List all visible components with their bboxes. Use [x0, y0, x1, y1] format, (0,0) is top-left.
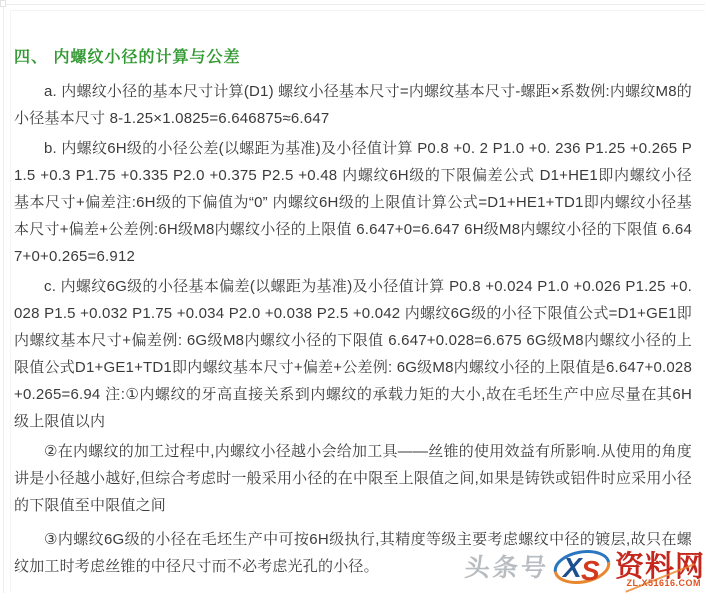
watermark-site-url: ZL.X51616.COM — [626, 578, 701, 588]
article-body: 四、 内螺纹小径的计算与公差 a. 内螺纹小径的基本尺寸计算(D1) 螺纹小径基… — [14, 44, 692, 580]
paragraph-c: c. 内螺纹6G级的小径基本偏差(以螺距为基准)及小径值计算 P0.8 +0.0… — [14, 273, 692, 435]
paragraph-note2: ②在内螺纹的加工过程中,内螺纹小径越小会给加工具——丝锥的使用效益有所影响.从使… — [14, 438, 692, 519]
page-border-left-inner — [10, 10, 11, 593]
site-watermark: 头条号 X S 资料网 ZL.X51616.COM — [465, 541, 705, 591]
paragraph-a: a. 内螺纹小径的基本尺寸计算(D1) 螺纹小径基本尺寸=内螺纹基本尺寸-螺距×… — [14, 78, 692, 132]
watermark-prefix-label: 头条号 — [463, 548, 551, 584]
logo-letter-s: S — [581, 555, 600, 586]
page-border-top-outer — [6, 4, 705, 5]
section-heading: 四、 内螺纹小径的计算与公差 — [14, 44, 692, 67]
watermark-swirl-logo-icon: X S — [551, 543, 613, 589]
page-border-top-inner — [10, 10, 705, 11]
paragraph-b: b. 内螺纹6H级的小径公差(以螺距为基准)及小径值计算 P0.8 +0. 2 … — [14, 135, 692, 270]
page-border-left-outer — [3, 7, 4, 593]
